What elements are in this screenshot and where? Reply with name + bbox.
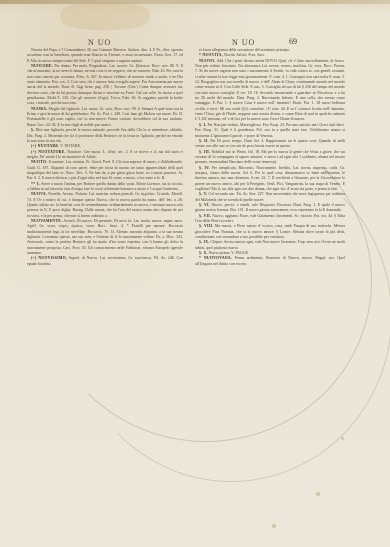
entry-headword: §. III. — [199, 150, 210, 154]
dictionary-entry: §. III. Nobilità uso in Pietro. Inf. 18.… — [195, 150, 345, 166]
entry-text: Moglie del figliuolo. Lat. nurus. Gr. νυ… — [27, 107, 183, 127]
dictionary-entry: §. V. Cel secondo suo. Fir. As. Stor. 22… — [195, 192, 345, 203]
entry-headword: §. IV. — [199, 166, 210, 170]
dictionary-entry: (+) NUOTATORE. Notatore. Che nuota. L. d… — [27, 150, 183, 161]
entry-text: Nobilità uso in Pietro. Inf. 18. Ma per … — [195, 150, 345, 165]
entry-text: Nuovo, aggiunto Fiore, vale Galamente, I… — [195, 214, 345, 223]
dictionary-entry: NUOVO. Add. Che i poeti dicono anche NOV… — [195, 59, 345, 123]
entry-text: Avere a nuoto l'anima, per Bottere quell… — [27, 182, 183, 191]
entry-headword: §. VI. — [199, 203, 210, 207]
entry-headword: NUOVO. — [199, 59, 216, 63]
entry-headword: §. — [31, 128, 34, 132]
right-column: ei facea allegrezza della cessazione del… — [195, 48, 345, 267]
entry-headword: §. II. — [199, 139, 209, 143]
dictionary-entry: NUOTO. Il nuotare. Lat. natatus. Fr. Gio… — [27, 160, 183, 181]
entry-headword: §. IX. — [199, 240, 209, 244]
paper-stain — [60, 2, 150, 30]
dictionary-entry: §. VIII. Ma nuova, e Piero nuovo d' ecce… — [195, 224, 345, 240]
dictionary-entry: §. VII. Nuovo, aggiunto Fiore, vale Gala… — [195, 214, 345, 225]
foxing-spot — [316, 492, 320, 496]
dictionary-entry: (+) NUOVISSIMO, Superl. di Nuovo. Lat. n… — [27, 256, 183, 267]
entry-headword: * NUOVOVANA. — [199, 256, 232, 260]
running-head-left: N UO — [88, 38, 111, 47]
entry-headword: (+) NUOTARE. — [31, 144, 59, 148]
entry-headword: §. X. — [199, 251, 208, 255]
entry-headword: NUOCERE. — [31, 64, 53, 68]
entry-text: Novella. Avviso. Notizia. Lat. nuncius. … — [27, 192, 183, 217]
entry-headword: * NUOVITA, — [199, 53, 223, 57]
dictionary-entry: NUOCERE. Per danno, Per male, Pregiudizi… — [27, 64, 183, 107]
entry-headword: ** §. — [31, 182, 40, 186]
dictionary-entry: §. II. Per Di poco tempo. Dant. Inf. 4. … — [195, 139, 345, 150]
entry-headword: NUOVAMENTE. — [31, 219, 62, 223]
dictionary-entry: ** §. Avere a nuoto l'anima, per Bottere… — [27, 182, 183, 193]
entry-text: Cliquet. Avviso nuovo ogni, vale Non nuo… — [195, 240, 345, 249]
entry-text: Il nuotare. Lat. natatus. Fr. Giord. Pre… — [27, 160, 183, 180]
entry-text: Add. Che i poeti dicono anche NOVO. Qual… — [195, 59, 345, 122]
entry-headword: §. VIII. — [199, 224, 213, 228]
entry-text: Ma nuova, e Piero nuovo d' ecceso, cosa,… — [195, 224, 345, 239]
left-column: Nuocia del Papa, e 'l Comandatore. Di su… — [27, 48, 183, 267]
entry-headword: NUOVA. — [31, 192, 47, 196]
foxing-spot — [272, 524, 276, 528]
dictionary-entry: NUOVA. Novella. Avviso. Notizia. Lat. nu… — [27, 192, 183, 219]
entry-text: Per Di poco tempo. Dant. Inf. 4. Rappres… — [195, 139, 345, 148]
page-number: 69 — [289, 37, 297, 46]
entry-text: Novità. Salvin. Pros. Sacr. — [224, 53, 265, 57]
dictionary-entry: NUOVAMENTE. Avverb. Di nuovo. Di present… — [27, 219, 183, 256]
entry-headword: §. VII. — [199, 214, 211, 218]
page-top-edge — [0, 0, 390, 4]
entry-text: Per inesplicato, Ritrovato, Nuovamente. … — [195, 166, 345, 191]
entry-text: ei facea allegrezza della cessazione del… — [199, 48, 290, 52]
entry-headword: (+) NUOVISSIMO, — [31, 256, 67, 260]
entry-text: V. NOTARE. — [60, 144, 81, 148]
running-head-right: N UO — [232, 38, 255, 47]
entry-headword: NUOTO. — [31, 160, 47, 164]
entry-text: Dire una figliuola, perché le nuova natu… — [27, 128, 183, 143]
dictionary-entry: §. IX. Cliquet. Avviso nuovo ogni, vale … — [195, 240, 345, 251]
entry-text: Nuovo, perciò, e simili, vale Disparato.… — [195, 203, 345, 212]
dictionary-entry: NUORA. Moglie del figliuolo. Lat. nurus.… — [27, 107, 183, 128]
entry-headword: §. I. — [199, 123, 206, 127]
scanned-page: N UO N UO 69 Nuocia del Papa, e 'l Coman… — [0, 0, 390, 547]
entry-headword: §. V. — [199, 192, 207, 196]
foxing-spot — [341, 437, 344, 440]
entry-headword: NUORA. — [31, 107, 47, 111]
entry-text: Avverb. Di nuovo. Di presente, Di novo f… — [27, 219, 183, 255]
entry-text: Nuovo prima. V. PAGGE. — [209, 251, 249, 255]
entry-text: Per danno, Per male, Pregiudizio. Lat. n… — [27, 64, 183, 105]
dictionary-entry: Nuocia del Papa, e 'l Comandatore. Di su… — [27, 48, 183, 64]
dictionary-entry: * NUOVOVANA. Penna ardimento. Brancere d… — [195, 256, 345, 267]
dictionary-entry: §. Dire una figliuola, perché le nuova n… — [27, 128, 183, 144]
entry-text: Cel secondo suo. Fir. As. Stor. 227. Non… — [195, 192, 345, 201]
entry-headword: (+) NUOTATORE. — [31, 150, 66, 154]
dictionary-entry: §. VI. Nuovo, perciò, e simili, vale Dis… — [195, 203, 345, 214]
entry-text: Nuocia del Papa, e 'l Comandatore. Di su… — [27, 48, 183, 63]
entry-text: Per Non più veduto, Maraviglioso. Fav. E… — [195, 123, 345, 138]
dictionary-entry: §. IV. Per inesplicato, Ritrovato, Nuova… — [195, 166, 345, 193]
dictionary-entry: §. I. Per Non più veduto, Maraviglioso. … — [195, 123, 345, 139]
